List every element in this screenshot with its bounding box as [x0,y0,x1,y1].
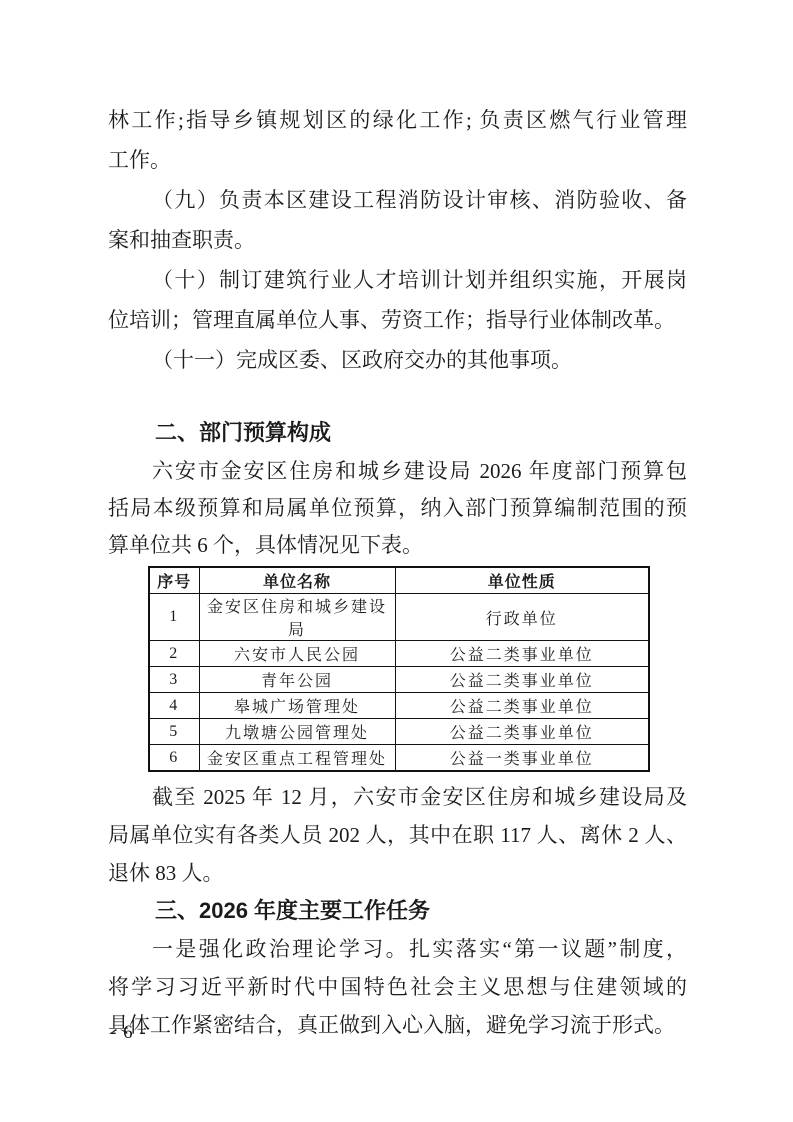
paragraph-line: （九）负责本区建设工程消防设计审核、消防验收、备 [108,180,687,220]
table-cell: 4 [149,693,199,719]
table-cell: 行政单位 [395,594,649,641]
table-cell: 金安区重点工程管理处 [199,745,395,772]
paragraph-line: 林工作;指导乡镇规划区的绿化工作; 负责区燃气行业管理 [108,100,687,140]
paragraph-line: 具体工作紧密结合，真正做到入心入脑，避免学习流于形式。 [108,1006,687,1044]
section-heading-main-tasks: 三、2026 年度主要工作任务 [108,892,687,930]
table-row: 4 皋城广场管理处 公益二类事业单位 [149,693,649,719]
staff-paragraph: 截至 2025 年 12 月，六安市金安区住房和城乡建设局及 局属单位实有各类人… [108,778,687,892]
section-heading-budget-composition: 二、部门预算构成 [108,413,687,453]
table-cell: 1 [149,594,199,641]
table-row: 1 金安区住房和城乡建设局 行政单位 [149,594,649,641]
table-cell: 公益一类事业单位 [395,745,649,772]
table-header-cell-unit-nature: 单位性质 [395,567,649,594]
paragraph-line: 局属单位实有各类人员 202 人，其中在职 117 人、离休 2 人、 [108,816,687,854]
paragraph-line: 截至 2025 年 12 月，六安市金安区住房和城乡建设局及 [108,778,687,816]
table-cell: 公益二类事业单位 [395,693,649,719]
document-body: 林工作;指导乡镇规划区的绿化工作; 负责区燃气行业管理 工作。 （九）负责本区建… [108,100,687,1044]
table-row: 3 青年公园 公益二类事业单位 [149,667,649,693]
paragraph-line: 工作。 [108,140,687,180]
table-cell: 六安市人民公园 [199,641,395,667]
table-cell: 2 [149,641,199,667]
table-cell: 3 [149,667,199,693]
paragraph-line: 位培训；管理直属单位人事、劳资工作；指导行业体制改革。 [108,300,687,340]
paragraph-line: 一是强化政治理论学习。扎实落实“第一议题”制度， [108,930,687,968]
paragraph-line: 算单位共 6 个，具体情况见下表。 [108,527,687,564]
paragraph-line: 六安市金安区住房和城乡建设局 2026 年度部门预算包 [108,453,687,490]
table-cell: 公益二类事业单位 [395,641,649,667]
paragraph-line: 括局本级预算和局属单位预算，纳入部门预算编制范围的预 [108,490,687,527]
budget-units-table: 序号 单位名称 单位性质 1 金安区住房和城乡建设局 行政单位 2 六安市人民公… [148,566,650,772]
table-cell: 5 [149,719,199,745]
table-row: 2 六安市人民公园 公益二类事业单位 [149,641,649,667]
table-cell: 金安区住房和城乡建设局 [199,594,395,641]
table-cell: 6 [149,745,199,772]
page-number: - 6 - [110,1022,147,1044]
table-row: 5 九墩塘公园管理处 公益二类事业单位 [149,719,649,745]
table-cell: 青年公园 [199,667,395,693]
paragraph-line: （十一）完成区委、区政府交办的其他事项。 [108,340,687,380]
paragraph-line: （十）制订建筑行业人才培训计划并组织实施，开展岗 [108,260,687,300]
table-cell: 公益二类事业单位 [395,719,649,745]
document-page: 林工作;指导乡镇规划区的绿化工作; 负责区燃气行业管理 工作。 （九）负责本区建… [0,0,793,1122]
table-header-cell-index: 序号 [149,567,199,594]
table-cell: 皋城广场管理处 [199,693,395,719]
table-header-cell-unit-name: 单位名称 [199,567,395,594]
paragraph-line: 案和抽查职责。 [108,220,687,260]
table-header-row: 序号 单位名称 单位性质 [149,567,649,594]
paragraph-line: 退休 83 人。 [108,854,687,892]
paragraph-line: 将学习习近平新时代中国特色社会主义思想与住建领域的 [108,968,687,1006]
table-row: 6 金安区重点工程管理处 公益一类事业单位 [149,745,649,772]
table-cell: 九墩塘公园管理处 [199,719,395,745]
table-cell: 公益二类事业单位 [395,667,649,693]
